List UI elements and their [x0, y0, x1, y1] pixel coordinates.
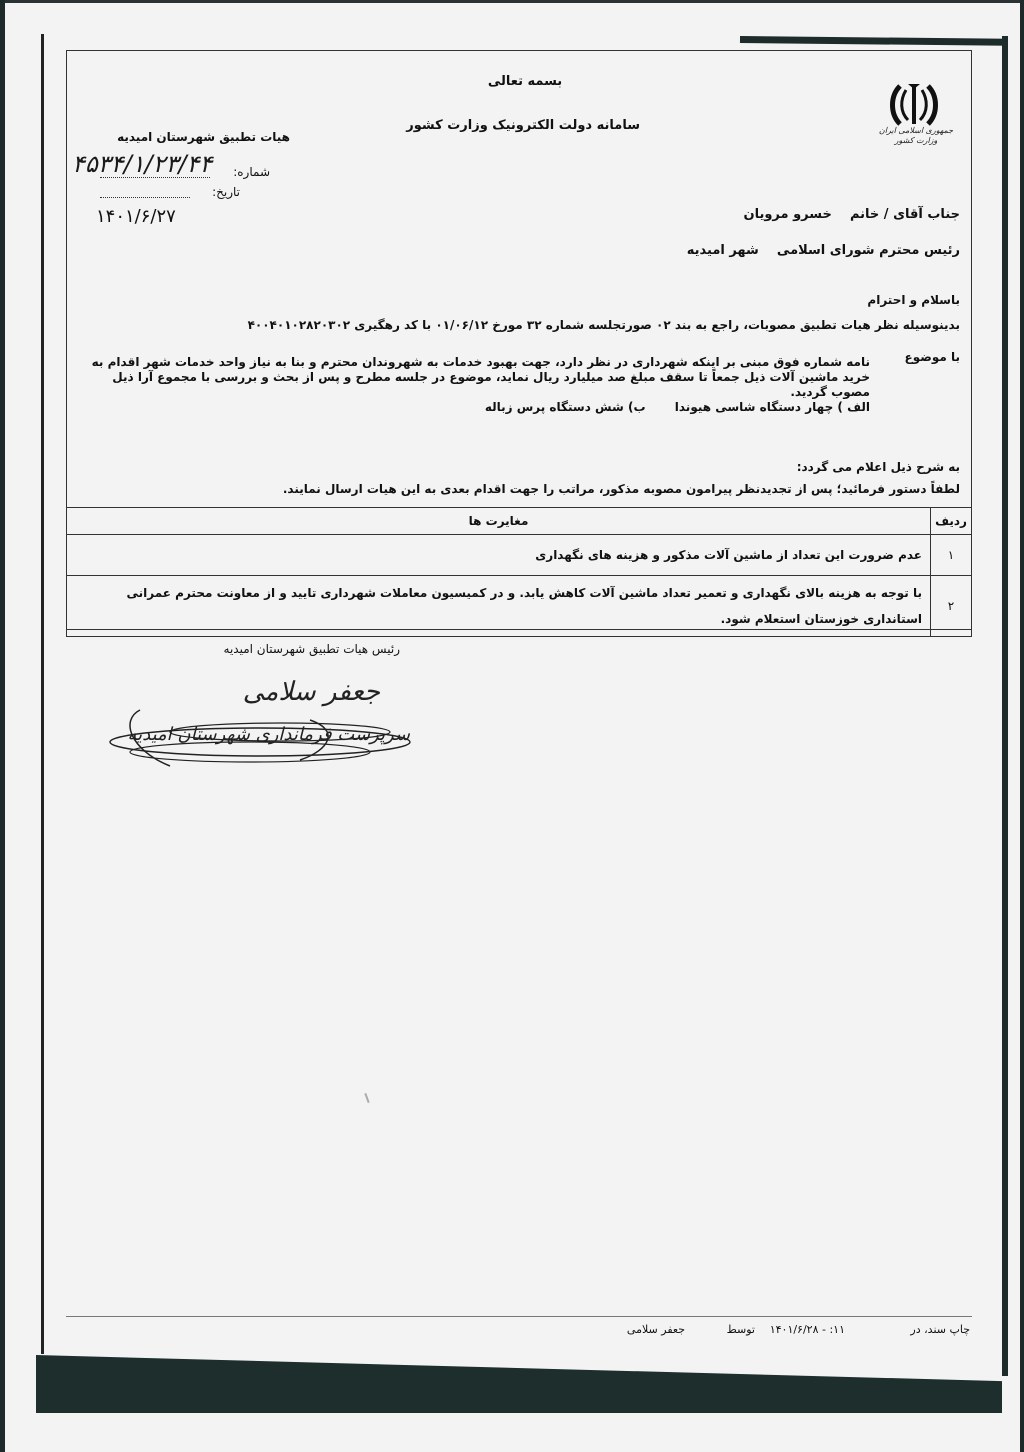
recipient-title-line: رئیس محترم شورای اسلامی شهر امیدیه: [620, 243, 960, 258]
number-label: شماره:: [210, 165, 270, 179]
date-label: تاریخ:: [190, 185, 240, 199]
scan-edge-top: [0, 0, 1024, 3]
iran-emblem-icon: [886, 80, 942, 130]
by-label: توسط: [727, 1323, 755, 1336]
number-dotted-line: [100, 177, 210, 178]
stamp-text: سرپرست فرمانداری شهرستان امیدیه: [128, 724, 411, 745]
scan-speck: [364, 1093, 369, 1103]
scan-edge-left: [0, 0, 5, 1452]
intro-line: بدینوسیله نظر هیات تطبیق مصوبات، راجع به…: [80, 318, 960, 332]
signature-name: جعفر سلامی: [243, 677, 381, 707]
scan-edge-right: [1020, 0, 1024, 1452]
date-dotted-line: [100, 197, 190, 198]
subject-text: نامه شماره فوق مبنی بر اینکه شهرداری در …: [90, 355, 870, 400]
table-row: ۱ عدم ضرورت این تعداد از ماشین آلات مذکو…: [67, 535, 972, 576]
recipient-city: شهر امیدیه: [687, 243, 759, 258]
recipient-line: جناب آقای / خانم خسرو مرویان: [620, 207, 960, 222]
instruction-line: لطفاً دستور فرمائید؛ پس از تجدیدنظر پیرا…: [300, 482, 960, 496]
bismillah: بسمه تعالی: [480, 74, 570, 89]
system-title: سامانه دولت الکترونیک وزارت کشور: [420, 118, 640, 133]
table-row: ۲ با توجه به هزینه بالای نگهداری و تعمیر…: [67, 576, 972, 637]
scan-artifact-right: [1002, 36, 1008, 1376]
emblem-caption: جمهوری اسلامی ایران وزارت کشور: [878, 126, 954, 146]
margin-line: [41, 34, 44, 1354]
recipient-title: رئیس محترم شورای اسلامی: [777, 243, 960, 258]
discrepancies-table: ردیف مغایرت ها ۱ عدم ضرورت این تعداد از …: [66, 507, 972, 637]
greeting: باسلام و احترام: [700, 293, 960, 307]
board-name: هیات تطبیق شهرستان امیدیه: [120, 130, 290, 144]
recipient-name: خسرو مرویان: [743, 207, 831, 222]
letter-date: ۱۴۰۱/۶/۲۷: [96, 206, 196, 227]
subject-label: با موضوع: [880, 350, 960, 364]
row-number: ۱: [931, 535, 972, 576]
declare-line: به شرح ذیل اعلام می گردد:: [600, 460, 960, 474]
scan-artifact-bar: [740, 36, 1008, 46]
scan-artifact-bottom-bar: [36, 1355, 1002, 1413]
subject-paragraph: نامه شماره فوق مبنی بر اینکه شهرداری در …: [90, 355, 870, 415]
header-discrepancies: مغایرت ها: [67, 508, 931, 535]
subject-items: الف ) چهار دستگاه شاسی هیوندا ب) شش دستگ…: [90, 400, 870, 415]
salutation: جناب آقای / خانم: [850, 207, 960, 222]
emblem-caption-line1: جمهوری اسلامی ایران: [878, 126, 954, 136]
row-text: عدم ضرورت این تعداد از ماشین آلات مذکور …: [67, 535, 931, 576]
table-header-row: ردیف مغایرت ها: [67, 508, 972, 535]
footer-divider: [66, 1316, 972, 1317]
printed-label: چاپ سند، در: [910, 1323, 970, 1336]
row-number: ۲: [931, 576, 972, 637]
header-row-number: ردیف: [931, 508, 972, 535]
signatory-title: رئیس هیات تطبیق شهرستان امیدیه: [190, 642, 400, 656]
printed-time: ۱۱: - ۱۴۰۱/۶/۲۸: [770, 1323, 845, 1336]
signature-stamp-icon: جعفر سلامی سرپرست فرمانداری شهرستان امید…: [80, 670, 420, 780]
printed-by-name: جعفر سلامی: [627, 1323, 685, 1336]
emblem-caption-line2: وزارت کشور: [878, 136, 954, 146]
row-text: با توجه به هزینه بالای نگهداری و تعمیر ت…: [67, 576, 931, 637]
